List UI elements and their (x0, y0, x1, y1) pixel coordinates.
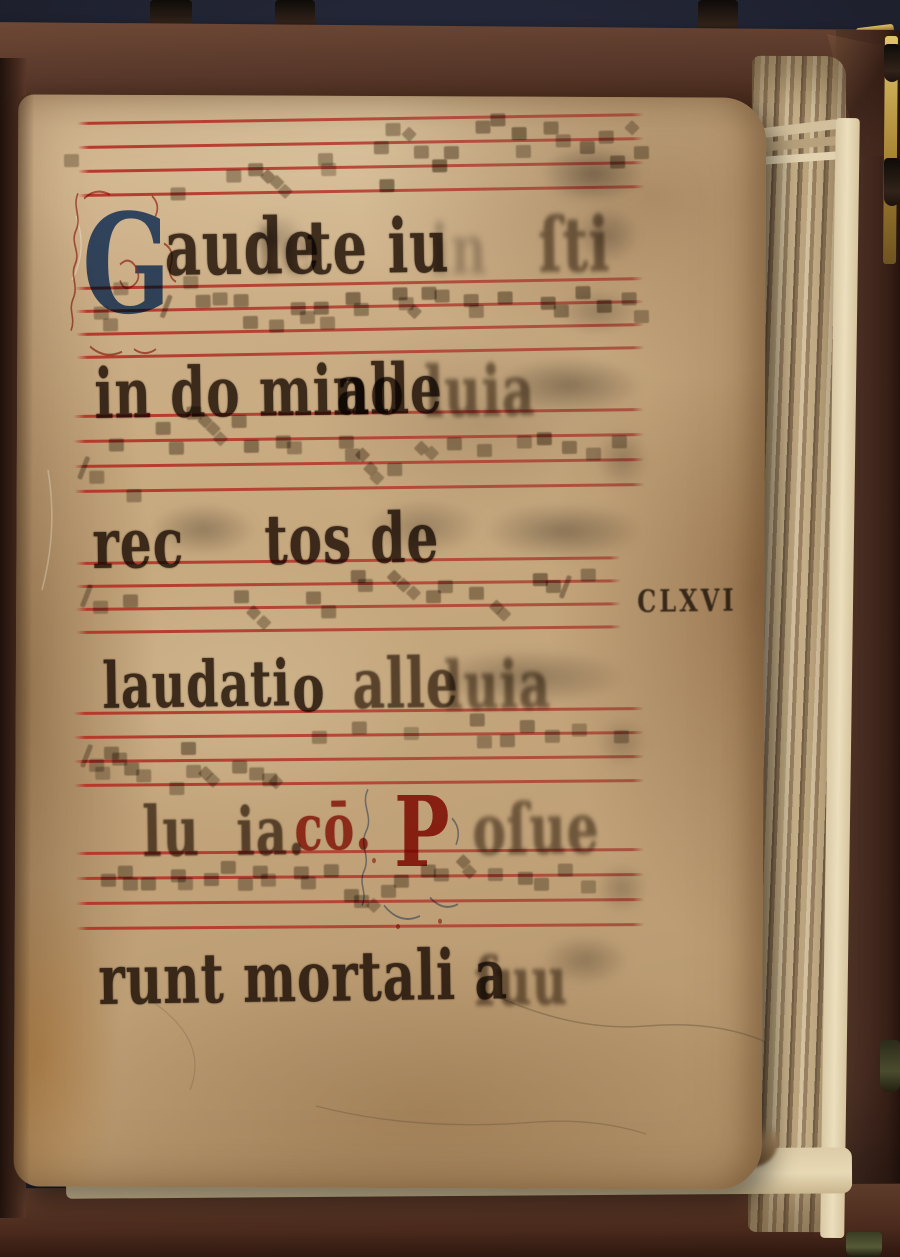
neume (387, 463, 402, 476)
ink-smudge (595, 428, 650, 490)
neume (534, 878, 549, 891)
neume (543, 121, 558, 134)
illuminated-initial-P: P (394, 784, 450, 882)
neume (475, 120, 490, 133)
neume (321, 605, 336, 618)
neume (226, 170, 241, 183)
neume (234, 294, 249, 307)
lyric-word: laudati (102, 651, 291, 717)
staff-line (74, 755, 644, 763)
lyric-word: runt mortali a (98, 940, 508, 1015)
neume (261, 873, 276, 886)
neume (339, 435, 354, 448)
ink-smudge (596, 716, 648, 768)
ink-smudge (540, 144, 645, 204)
page-content: audetete iuinſtiin do minoalleluiarectos… (0, 0, 900, 1257)
neume (500, 735, 515, 748)
neume (306, 591, 321, 604)
neume (518, 872, 533, 885)
neume (93, 600, 108, 613)
neume (314, 301, 329, 314)
neume (256, 614, 272, 630)
neume (141, 878, 156, 891)
neume (404, 727, 419, 740)
neume (300, 311, 315, 324)
ink-smudge (575, 205, 640, 265)
neume (581, 569, 596, 582)
neume (301, 876, 316, 889)
neume (287, 441, 302, 454)
red-filigree (68, 188, 178, 360)
ink-smudge (495, 356, 645, 414)
neume (95, 766, 110, 779)
neume (497, 291, 512, 304)
lyric-word: lu (142, 797, 200, 867)
neume (243, 316, 258, 329)
ink-smudge (360, 498, 485, 556)
neume (572, 723, 587, 736)
neume (232, 760, 247, 773)
neume (109, 438, 124, 451)
neume (101, 873, 116, 886)
ink-smudge (540, 934, 630, 986)
neume (196, 295, 211, 308)
neume (136, 770, 151, 783)
neume (581, 881, 596, 894)
ink-smudge (556, 288, 641, 336)
neume (624, 120, 640, 136)
neume (321, 163, 336, 176)
folio-number: CLXVI (637, 581, 737, 620)
neume (374, 141, 389, 154)
neume (444, 146, 459, 159)
illuminated-initial-G: G (82, 196, 171, 333)
lyric-word: in (430, 215, 488, 285)
neume (562, 440, 577, 453)
ink-smudge (148, 502, 258, 557)
neume (469, 587, 484, 600)
neume (432, 160, 447, 173)
neume (358, 579, 373, 592)
neume (126, 489, 141, 502)
neume (477, 444, 492, 457)
neume (320, 316, 335, 329)
neume (178, 877, 193, 890)
neume (64, 154, 79, 167)
neume (599, 131, 614, 144)
neume (434, 290, 449, 303)
ink-smudge (596, 862, 648, 914)
neume (354, 303, 369, 316)
neume (545, 730, 560, 743)
neume (204, 873, 219, 886)
blue-filigree (354, 779, 474, 951)
neume (324, 864, 339, 877)
ink-smudge (480, 502, 645, 560)
neume (238, 878, 253, 891)
neume (477, 735, 492, 748)
neume (490, 113, 505, 126)
neume (447, 437, 462, 450)
neume (169, 441, 184, 454)
ink-smudge (250, 212, 305, 262)
neume (469, 305, 484, 318)
neume (537, 432, 552, 445)
neume (123, 595, 138, 608)
neume (123, 878, 138, 891)
neume (516, 145, 531, 158)
neume (414, 145, 429, 158)
neume (269, 320, 284, 333)
lyric-word: te iu (306, 208, 450, 285)
neume (438, 580, 453, 593)
neume (512, 127, 527, 140)
lyric-word: oſue (472, 794, 600, 865)
neume (181, 742, 196, 755)
staff-line (76, 602, 621, 610)
neume (234, 590, 249, 603)
neume (244, 440, 259, 453)
neume (401, 126, 417, 142)
manuscript-photo: audetete iuinſtiin do minoalleluiarectos… (0, 0, 900, 1257)
neume (517, 436, 532, 449)
neume (546, 580, 561, 593)
neume (221, 861, 236, 874)
neume (212, 293, 227, 306)
ink-smudge (425, 648, 630, 706)
lyric-word: o (292, 656, 326, 723)
neume (89, 470, 104, 483)
neume (379, 179, 394, 192)
neume (312, 731, 327, 744)
neume (385, 123, 400, 136)
